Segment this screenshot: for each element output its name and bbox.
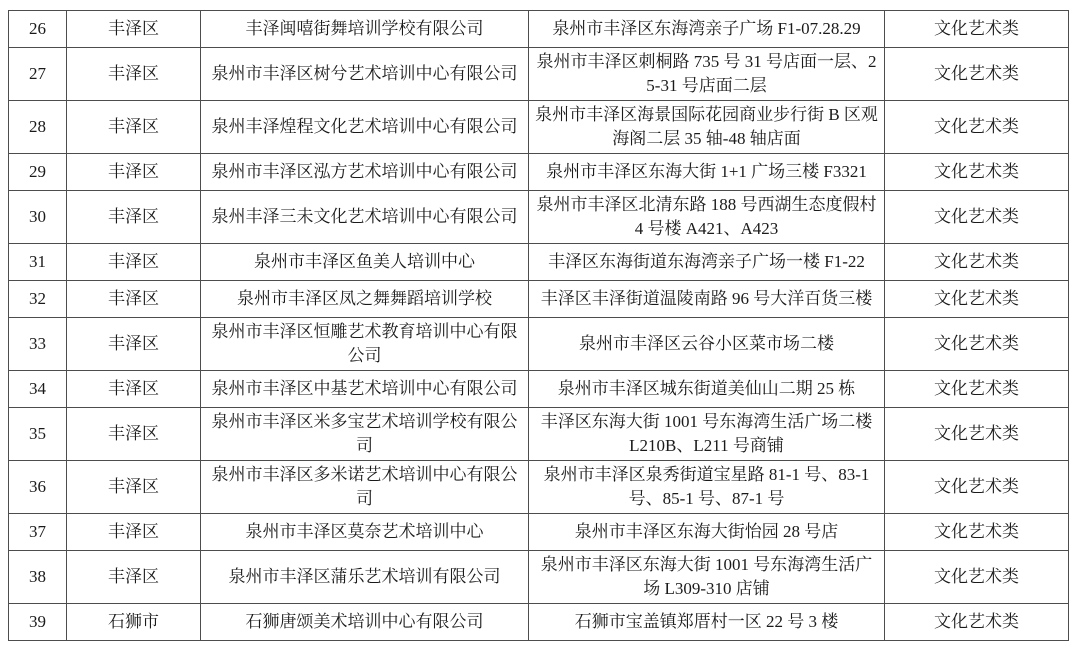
cell-row-number: 38 <box>9 551 67 604</box>
cell-address: 泉州市丰泽区东海大街 1+1 广场三楼 F3321 <box>529 154 885 191</box>
cell-address: 泉州市丰泽区东海大街 1001 号东海湾生活广场 L309-310 店铺 <box>529 551 885 604</box>
cell-institution-name: 丰泽闽嘻街舞培训学校有限公司 <box>201 11 529 48</box>
cell-address: 泉州市丰泽区东海湾亲子广场 F1-07.28.29 <box>529 11 885 48</box>
cell-district: 丰泽区 <box>67 101 201 154</box>
cell-row-number: 33 <box>9 318 67 371</box>
table-row: 39 石狮市 石狮唐颂美术培训中心有限公司 石狮市宝盖镇郑厝村一区 22 号 3… <box>9 604 1069 641</box>
cell-address: 泉州市丰泽区云谷小区菜市场二楼 <box>529 318 885 371</box>
table-row: 29 丰泽区 泉州市丰泽区泓方艺术培训中心有限公司 泉州市丰泽区东海大街 1+1… <box>9 154 1069 191</box>
table-row: 30 丰泽区 泉州丰泽三未文化艺术培训中心有限公司 泉州市丰泽区北清东路 188… <box>9 191 1069 244</box>
cell-row-number: 26 <box>9 11 67 48</box>
cell-institution-name: 泉州市丰泽区莫奈艺术培训中心 <box>201 514 529 551</box>
cell-row-number: 36 <box>9 461 67 514</box>
cell-district: 丰泽区 <box>67 281 201 318</box>
cell-row-number: 34 <box>9 371 67 408</box>
cell-district: 丰泽区 <box>67 514 201 551</box>
cell-category: 文化艺术类 <box>885 281 1069 318</box>
cell-row-number: 28 <box>9 101 67 154</box>
cell-row-number: 35 <box>9 408 67 461</box>
cell-row-number: 39 <box>9 604 67 641</box>
table-row: 35 丰泽区 泉州市丰泽区米多宝艺术培训学校有限公司 丰泽区东海大街 1001 … <box>9 408 1069 461</box>
cell-category: 文化艺术类 <box>885 551 1069 604</box>
cell-address: 泉州市丰泽区刺桐路 735 号 31 号店面一层、25-31 号店面二层 <box>529 48 885 101</box>
table-row: 38 丰泽区 泉州市丰泽区蒲乐艺术培训有限公司 泉州市丰泽区东海大街 1001 … <box>9 551 1069 604</box>
cell-address: 泉州市丰泽区东海大街怡园 28 号店 <box>529 514 885 551</box>
cell-address: 泉州市丰泽区海景国际花园商业步行街 B 区观海阁二层 35 轴-48 轴店面 <box>529 101 885 154</box>
table-row: 34 丰泽区 泉州市丰泽区中基艺术培训中心有限公司 泉州市丰泽区城东街道美仙山二… <box>9 371 1069 408</box>
cell-address: 泉州市丰泽区城东街道美仙山二期 25 栋 <box>529 371 885 408</box>
cell-address: 石狮市宝盖镇郑厝村一区 22 号 3 楼 <box>529 604 885 641</box>
cell-address: 泉州市丰泽区北清东路 188 号西湖生态度假村 4 号楼 A421、A423 <box>529 191 885 244</box>
cell-category: 文化艺术类 <box>885 461 1069 514</box>
cell-row-number: 31 <box>9 244 67 281</box>
table-row: 28 丰泽区 泉州丰泽煌程文化艺术培训中心有限公司 泉州市丰泽区海景国际花园商业… <box>9 101 1069 154</box>
cell-district: 丰泽区 <box>67 191 201 244</box>
cell-institution-name: 泉州市丰泽区树兮艺术培训中心有限公司 <box>201 48 529 101</box>
cell-district: 丰泽区 <box>67 244 201 281</box>
cell-address: 泉州市丰泽区泉秀街道宝星路 81-1 号、83-1 号、85-1 号、87-1 … <box>529 461 885 514</box>
cell-institution-name: 泉州市丰泽区凤之舞舞蹈培训学校 <box>201 281 529 318</box>
cell-institution-name: 泉州市丰泽区鱼美人培训中心 <box>201 244 529 281</box>
cell-district: 丰泽区 <box>67 551 201 604</box>
cell-category: 文化艺术类 <box>885 604 1069 641</box>
cell-institution-name: 石狮唐颂美术培训中心有限公司 <box>201 604 529 641</box>
table-row: 31 丰泽区 泉州市丰泽区鱼美人培训中心 丰泽区东海街道东海湾亲子广场一楼 F1… <box>9 244 1069 281</box>
cell-row-number: 32 <box>9 281 67 318</box>
cell-institution-name: 泉州丰泽煌程文化艺术培训中心有限公司 <box>201 101 529 154</box>
cell-category: 文化艺术类 <box>885 191 1069 244</box>
table-row: 37 丰泽区 泉州市丰泽区莫奈艺术培训中心 泉州市丰泽区东海大街怡园 28 号店… <box>9 514 1069 551</box>
cell-address: 丰泽区东海大街 1001 号东海湾生活广场二楼 L210B、L211 号商铺 <box>529 408 885 461</box>
cell-category: 文化艺术类 <box>885 48 1069 101</box>
cell-category: 文化艺术类 <box>885 318 1069 371</box>
cell-row-number: 27 <box>9 48 67 101</box>
cell-address: 丰泽区东海街道东海湾亲子广场一楼 F1-22 <box>529 244 885 281</box>
cell-district: 丰泽区 <box>67 371 201 408</box>
cell-row-number: 29 <box>9 154 67 191</box>
table-row: 33 丰泽区 泉州市丰泽区恒雕艺术教育培训中心有限公司 泉州市丰泽区云谷小区菜市… <box>9 318 1069 371</box>
cell-district: 丰泽区 <box>67 408 201 461</box>
cell-row-number: 37 <box>9 514 67 551</box>
cell-district: 石狮市 <box>67 604 201 641</box>
cell-institution-name: 泉州市丰泽区中基艺术培训中心有限公司 <box>201 371 529 408</box>
cell-institution-name: 泉州市丰泽区蒲乐艺术培训有限公司 <box>201 551 529 604</box>
table-row: 32 丰泽区 泉州市丰泽区凤之舞舞蹈培训学校 丰泽区丰泽街道温陵南路 96 号大… <box>9 281 1069 318</box>
cell-row-number: 30 <box>9 191 67 244</box>
cell-institution-name: 泉州市丰泽区恒雕艺术教育培训中心有限公司 <box>201 318 529 371</box>
cell-institution-name: 泉州丰泽三未文化艺术培训中心有限公司 <box>201 191 529 244</box>
cell-category: 文化艺术类 <box>885 11 1069 48</box>
cell-category: 文化艺术类 <box>885 244 1069 281</box>
cell-district: 丰泽区 <box>67 154 201 191</box>
cell-institution-name: 泉州市丰泽区米多宝艺术培训学校有限公司 <box>201 408 529 461</box>
cell-district: 丰泽区 <box>67 318 201 371</box>
cell-category: 文化艺术类 <box>885 101 1069 154</box>
cell-district: 丰泽区 <box>67 461 201 514</box>
table-row: 26 丰泽区 丰泽闽嘻街舞培训学校有限公司 泉州市丰泽区东海湾亲子广场 F1-0… <box>9 11 1069 48</box>
table-row: 27 丰泽区 泉州市丰泽区树兮艺术培训中心有限公司 泉州市丰泽区刺桐路 735 … <box>9 48 1069 101</box>
cell-category: 文化艺术类 <box>885 371 1069 408</box>
cell-category: 文化艺术类 <box>885 408 1069 461</box>
cell-institution-name: 泉州市丰泽区泓方艺术培训中心有限公司 <box>201 154 529 191</box>
cell-address: 丰泽区丰泽街道温陵南路 96 号大洋百货三楼 <box>529 281 885 318</box>
cell-district: 丰泽区 <box>67 48 201 101</box>
institutions-table: 26 丰泽区 丰泽闽嘻街舞培训学校有限公司 泉州市丰泽区东海湾亲子广场 F1-0… <box>8 10 1069 641</box>
cell-institution-name: 泉州市丰泽区多米诺艺术培训中心有限公司 <box>201 461 529 514</box>
cell-district: 丰泽区 <box>67 11 201 48</box>
table-row: 36 丰泽区 泉州市丰泽区多米诺艺术培训中心有限公司 泉州市丰泽区泉秀街道宝星路… <box>9 461 1069 514</box>
cell-category: 文化艺术类 <box>885 514 1069 551</box>
cell-category: 文化艺术类 <box>885 154 1069 191</box>
